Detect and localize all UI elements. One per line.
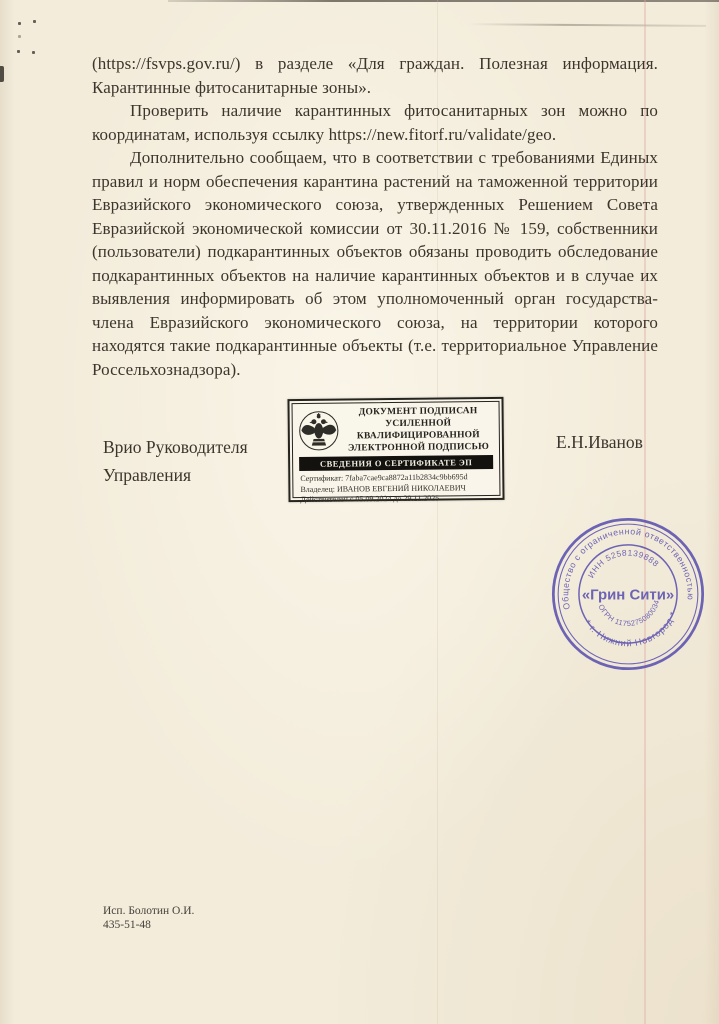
staple-mark <box>18 35 21 38</box>
executor-name: Исп. Болотин О.И. <box>103 904 194 918</box>
stamp-city-text: * г. Нижний Новгород * <box>582 609 682 653</box>
svg-text:* г. Нижний Новгород *: * г. Нижний Новгород * <box>582 609 682 653</box>
esign-certificate-details: Сертификат: 7faba7cae9ca8872a11b2834c9bb… <box>298 472 494 506</box>
esign-title-line1: ДОКУМЕНТ ПОДПИСАН <box>343 405 494 419</box>
signature-position-line1: Врио Руководителя <box>103 433 248 461</box>
staple-mark <box>33 20 36 23</box>
company-round-stamp: Общество с ограниченной ответственностью… <box>548 514 708 674</box>
signature-position-line2: Управления <box>103 461 248 489</box>
signature-position-title: Врио Руководителя Управления <box>103 433 248 489</box>
body-paragraph: Дополнительно сообщаем, что в соответств… <box>92 146 658 381</box>
body-paragraph: Проверить наличие карантинных фитосанита… <box>92 99 658 146</box>
electronic-signature-stamp: ДОКУМЕНТ ПОДПИСАН УСИЛЕННОЙ КВАЛИФИЦИРОВ… <box>287 397 504 502</box>
signature-name: Е.Н.Иванов <box>556 432 643 453</box>
stamp-inn-text: ИНН 5258139888 <box>582 542 662 581</box>
letter-body: (https://fsvps.gov.ru/) в разделе «Для г… <box>92 52 658 381</box>
esign-stamp-title: ДОКУМЕНТ ПОДПИСАН УСИЛЕННОЙ КВАЛИФИЦИРОВ… <box>343 405 494 455</box>
executor-block: Исп. Болотин О.И. 435-51-48 <box>103 904 194 932</box>
stamp-company-name: «Грин Сити» <box>582 586 674 603</box>
esign-certificate-bar: СВЕДЕНИЯ О СЕРТИФИКАТЕ ЭП <box>299 455 493 471</box>
staple-mark <box>32 51 35 54</box>
staple-mark <box>17 50 20 53</box>
esign-title-line2: УСИЛЕННОЙ КВАЛИФИЦИРОВАННОЙ <box>343 417 494 443</box>
body-paragraph: (https://fsvps.gov.ru/) в разделе «Для г… <box>92 52 658 99</box>
scan-smudge-artifact <box>468 23 706 27</box>
electronic-signature-stamp-frame: ДОКУМЕНТ ПОДПИСАН УСИЛЕННОЙ КВАЛИФИЦИРОВ… <box>292 401 501 498</box>
scan-corner-artifact <box>0 66 4 82</box>
scan-edge-artifact <box>168 0 719 2</box>
staple-mark <box>18 22 21 25</box>
esign-certificate-validity: Действителен с 05.09.2024 до 29.11.2025 <box>300 493 494 506</box>
executor-phone: 435-51-48 <box>103 918 194 932</box>
svg-text:ИНН 5258139888: ИНН 5258139888 <box>582 542 662 581</box>
esign-title-line3: ЭЛЕКТРОННОЙ ПОДПИСЬЮ <box>343 441 494 455</box>
coat-of-arms-icon <box>298 410 340 452</box>
